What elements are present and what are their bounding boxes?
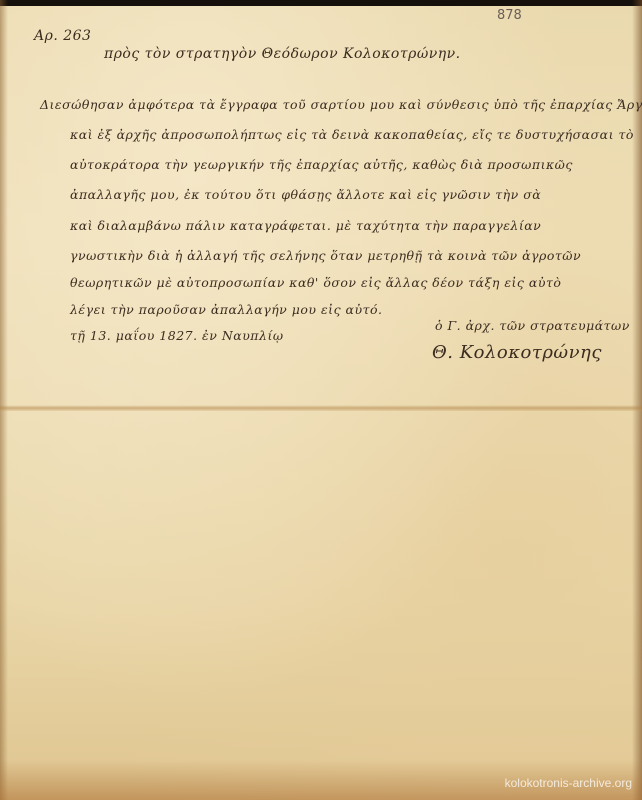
archive-page-number: 878	[497, 8, 522, 23]
reference-number: Αρ. 263	[34, 28, 91, 44]
body-line-1: Διεσώθησαν ἀμφότερα τὰ ἔγγραφα τοῦ σαρτί…	[40, 97, 642, 112]
body-line-5: καὶ διαλαμβάνω πάλιν καταγράφεται. μὲ τα…	[70, 218, 541, 233]
date-line: τῇ 13. μαΐου 1827. ἐν Ναυπλίῳ	[70, 328, 284, 343]
addressee-line: πρὸς τὸν στρατηγὸν Θεόδωρον Κολοκοτρώνην…	[104, 46, 461, 62]
body-line-2: καὶ ἐξ ἀρχῆς ἀπροσωπολήπτως εἰς τὰ δεινὰ…	[70, 127, 634, 142]
body-line-7: θεωρητικῶν μὲ αὐτοπροσωπίαν καθ' ὅσον εἰ…	[70, 275, 561, 290]
signature: Θ. Κολοκοτρώνης	[432, 342, 602, 363]
archive-watermark: kolokotronis-archive.org	[505, 776, 632, 790]
paper-right-edge	[632, 0, 642, 800]
body-line-6: γνωστικὴν διὰ ἡ ἀλλαγή τῆς σελήνης ὅταν …	[70, 248, 581, 263]
paper-fold-line	[0, 405, 642, 411]
scan-top-border	[0, 0, 642, 6]
closing-title: ὁ Γ. ἀρχ. τῶν στρατευμάτων	[435, 318, 630, 333]
body-line-4: ἀπαλλαγῆς μου, ἐκ τούτου ὅτι φθάσῃς ἄλλο…	[70, 187, 541, 202]
paper-left-edge	[0, 0, 8, 800]
manuscript-page: 878 Αρ. 263 πρὸς τὸν στρατηγὸν Θεόδωρον …	[0, 0, 642, 800]
body-line-3: αὐτοκράτορα τὴν γεωργικήν τῆς ἐπαρχίας α…	[70, 157, 573, 172]
body-line-8: λέγει τὴν παροῦσαν ἀπαλλαγήν μου εἰς αὐτ…	[70, 302, 383, 317]
